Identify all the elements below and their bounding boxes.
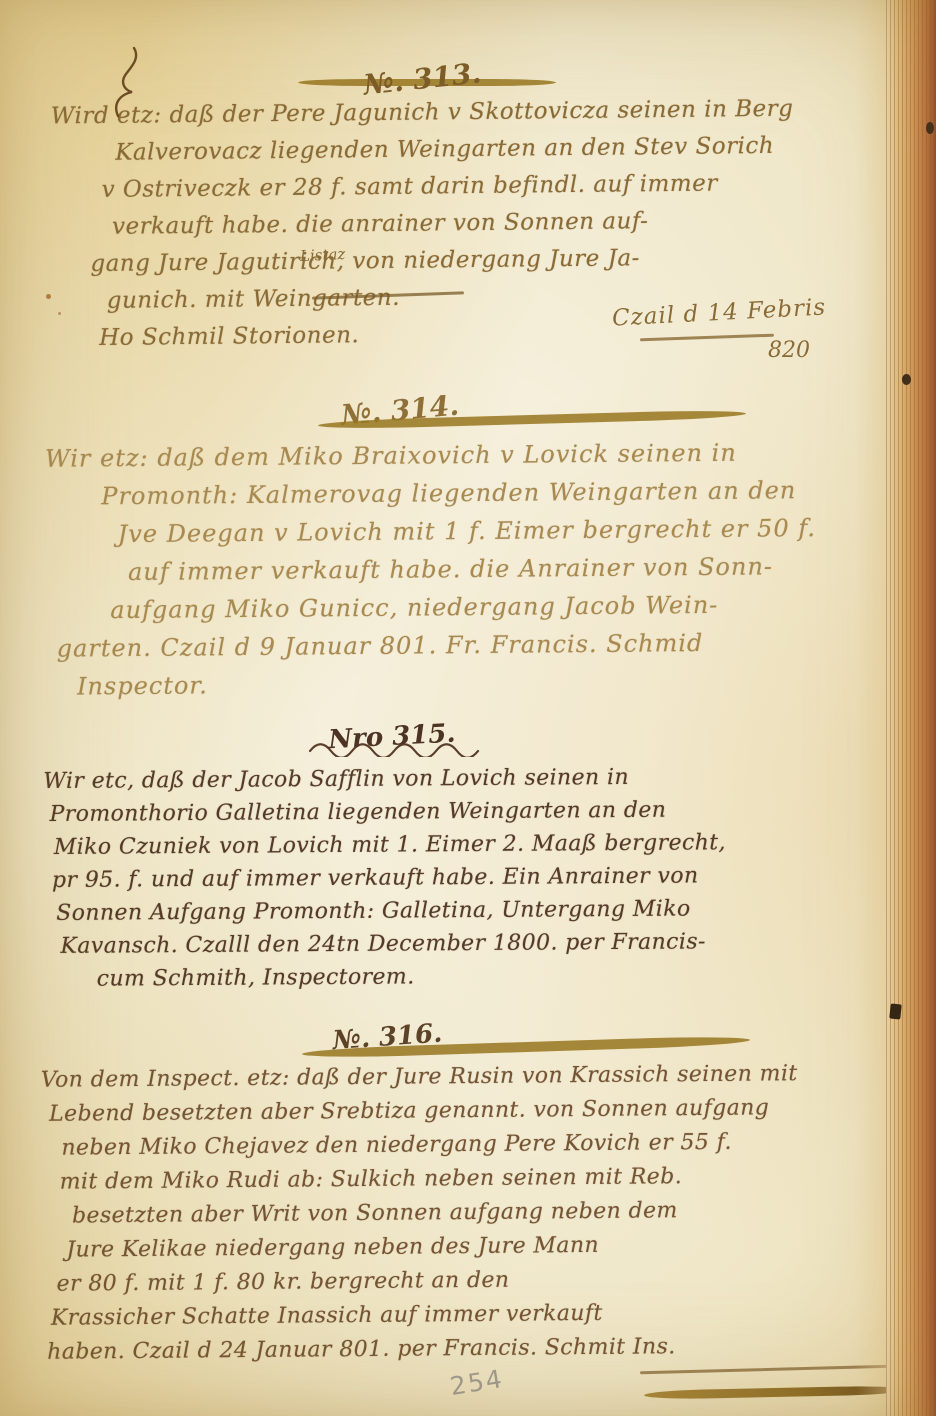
pencil-page-number: 254 xyxy=(448,1364,506,1401)
entry-315-number: Nro 315. xyxy=(328,695,911,755)
manuscript-line: Inspector. xyxy=(77,660,911,705)
paper-speck xyxy=(46,294,51,299)
manuscript-line: Jve Deegan v Lovich mit 1 f. Eimer bergr… xyxy=(118,508,910,553)
signature-underline-stroke xyxy=(640,1365,892,1375)
book-fore-edge xyxy=(886,0,936,1416)
manuscript-line: haben. Czail d 24 Januar 801. per Franci… xyxy=(47,1328,911,1370)
ink-blot xyxy=(889,1003,902,1019)
entry-315-text: Wir etc, daß der Jacob Safflin von Lovic… xyxy=(39,759,911,996)
date-note-bottom: 820 xyxy=(768,338,810,363)
margin-flourish-stroke xyxy=(104,46,144,118)
manuscript-line: cum Schmith, Inspectorem. xyxy=(97,957,911,996)
signature-swash-stroke xyxy=(644,1385,906,1399)
ink-blot xyxy=(926,122,934,134)
entry-316-text: Von dem Inspect. etz: daß der Jure Rusin… xyxy=(39,1056,912,1370)
paper-speck xyxy=(58,312,61,315)
entry-314-text: Wir etz: daß dem Miko Braixovich v Lovic… xyxy=(39,432,911,706)
ink-blot xyxy=(902,374,911,385)
entry-314: №. 314.Wir etz: daß dem Miko Braixovich … xyxy=(40,374,910,702)
entry-315: Nro 315.Wir etc, daß der Jacob Safflin v… xyxy=(40,710,910,993)
entry-313-number: №. 313. xyxy=(362,11,910,101)
superscript-word: Listaz xyxy=(300,245,346,265)
manuscript-page: №. 313.Wird etz: daß der Pere Jagunich v… xyxy=(0,0,936,1416)
entry-316: №. 316.Von dem Inspect. etz: daß der Jur… xyxy=(40,1006,910,1366)
